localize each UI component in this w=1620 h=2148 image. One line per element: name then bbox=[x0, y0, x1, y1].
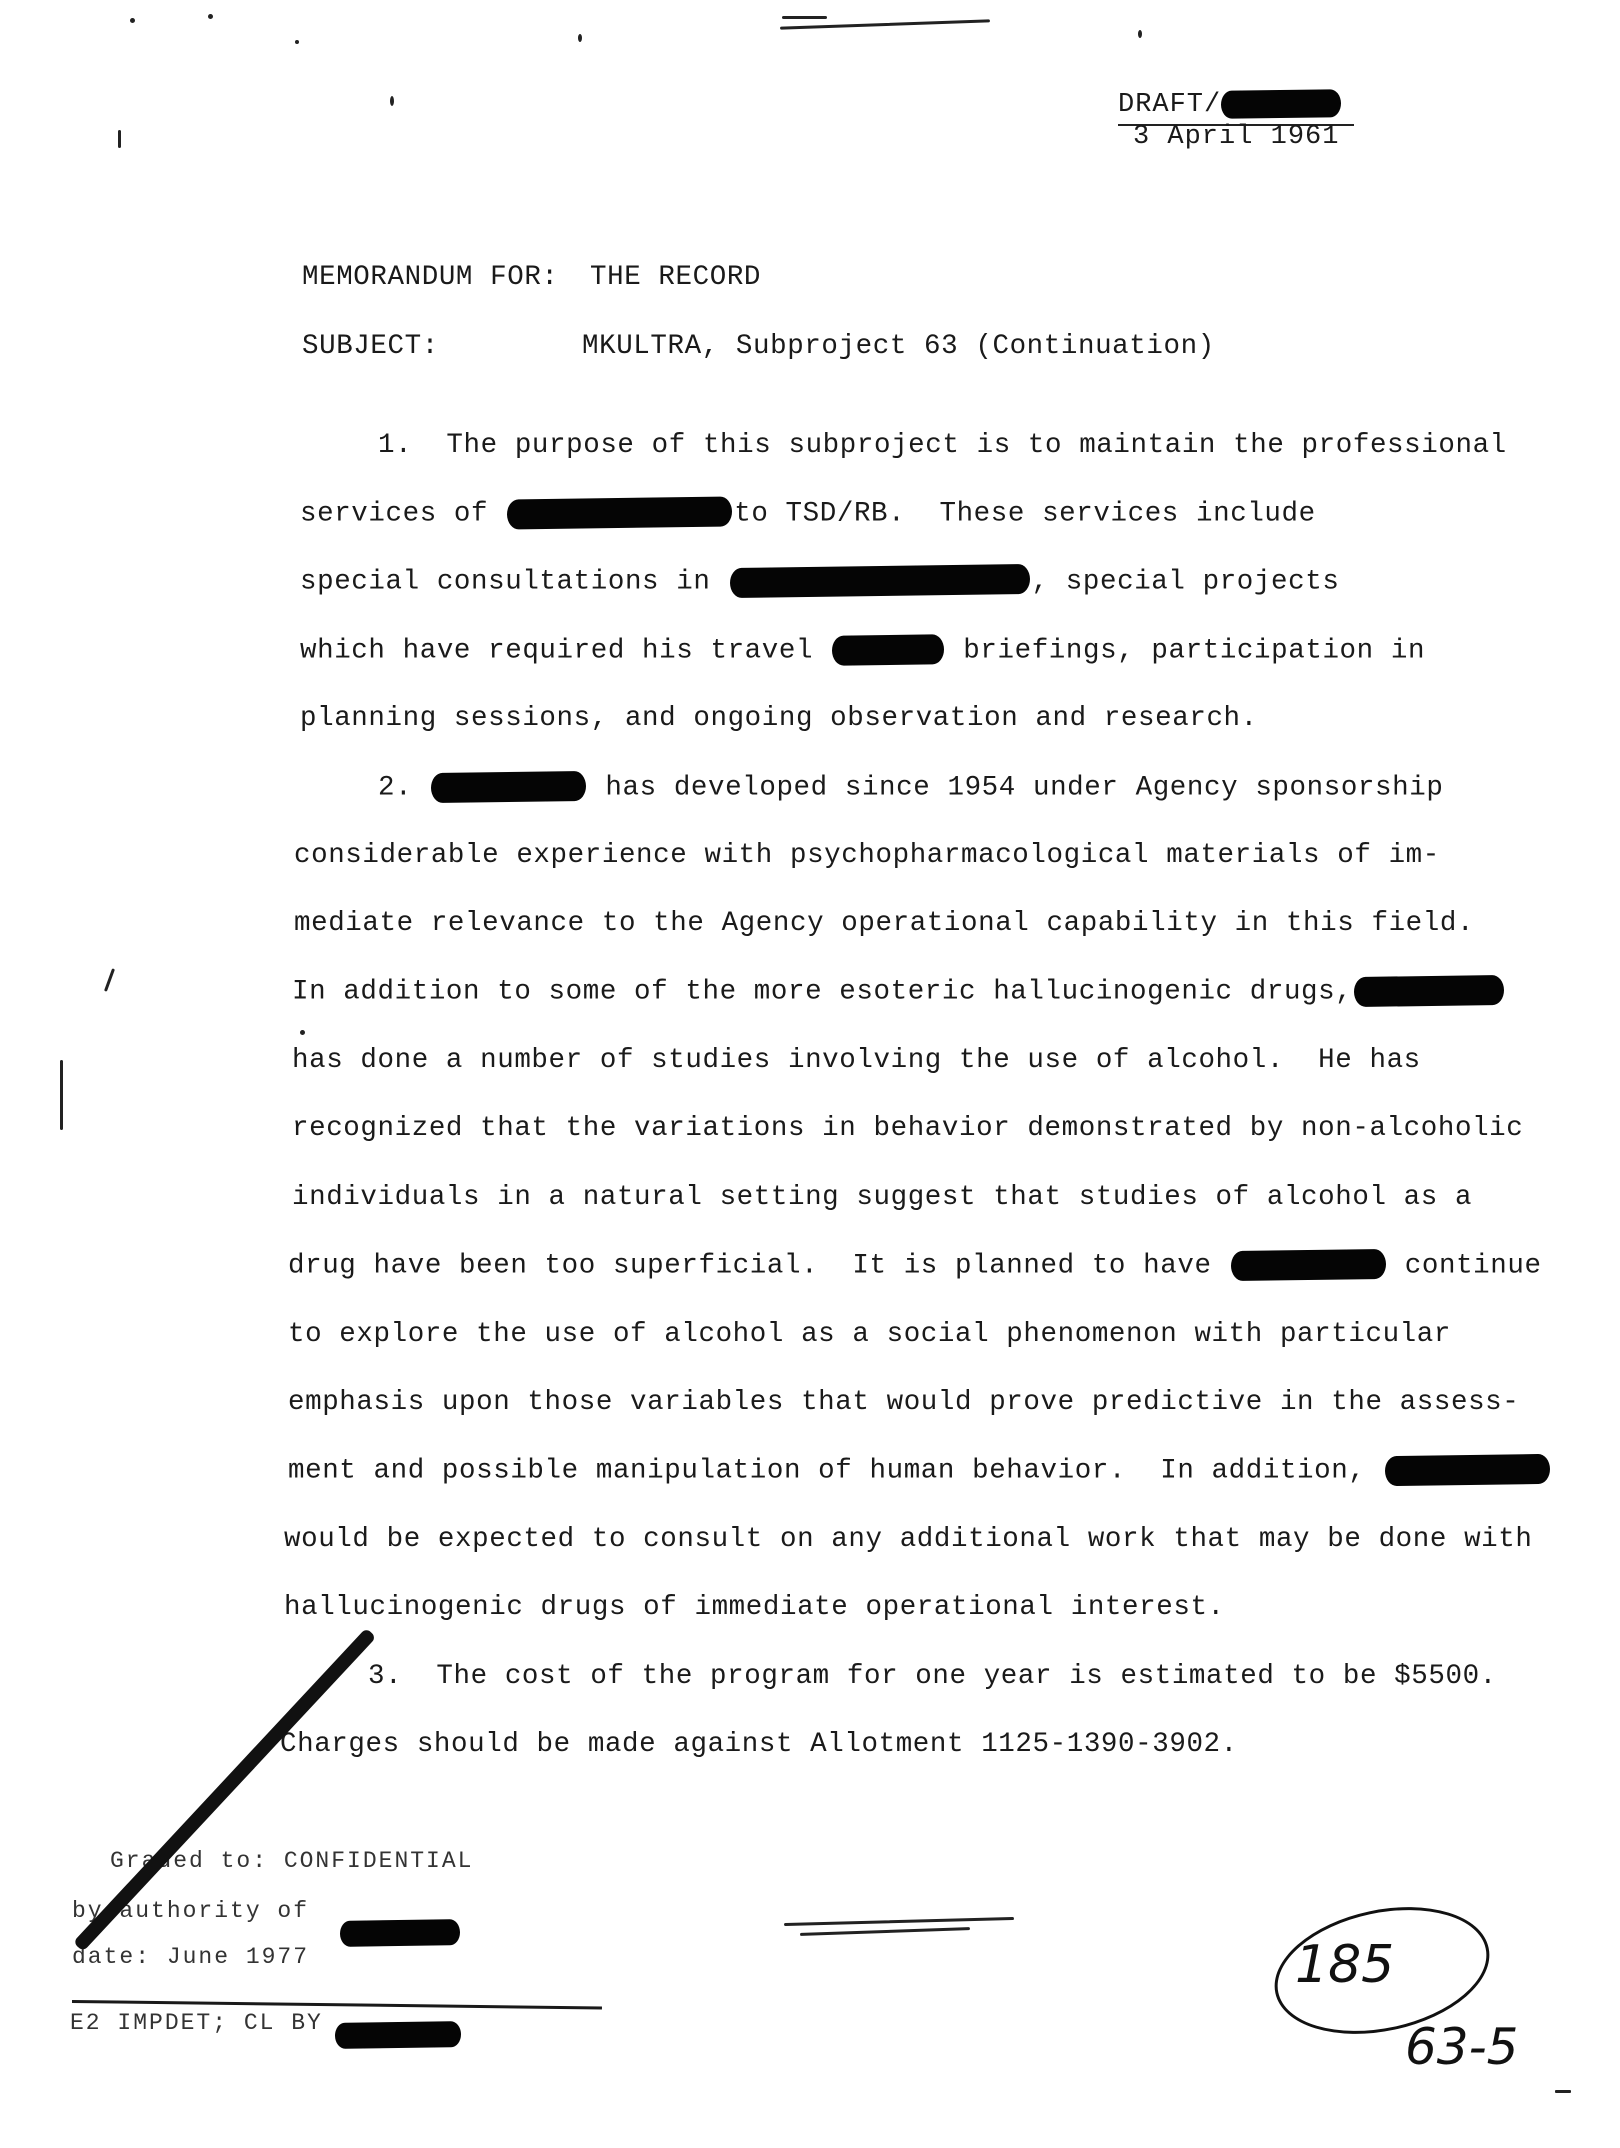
speck bbox=[1138, 30, 1142, 38]
memo-for-label: MEMORANDUM FOR: bbox=[302, 262, 559, 293]
speck bbox=[295, 40, 299, 44]
classification-strikethrough-2 bbox=[782, 16, 827, 19]
text-run: planning sessions, and ongoing observati… bbox=[300, 703, 1258, 734]
text-run: which have required his travel bbox=[300, 635, 830, 666]
speck bbox=[60, 1060, 63, 1130]
text-run: Charges should be made against Allotment… bbox=[280, 1729, 1238, 1760]
subject-value: MKULTRA, Subproject 63 (Continuation) bbox=[582, 331, 1215, 362]
text-run: hallucinogenic drugs of immediate operat… bbox=[284, 1592, 1225, 1623]
paragraph-2-line: to explore the use of alcohol as a socia… bbox=[288, 1319, 1451, 1350]
memo-page: DRAFT/ 3 April 1961 MEMORANDUM FOR: THE … bbox=[0, 0, 1620, 2148]
paragraph-2-line: individuals in a natural setting suggest… bbox=[292, 1182, 1472, 1213]
subject-label: SUBJECT: bbox=[302, 331, 439, 362]
speck bbox=[390, 96, 394, 106]
redaction-block bbox=[340, 1919, 460, 1947]
paragraph-1-line: planning sessions, and ongoing observati… bbox=[300, 703, 1258, 734]
redaction-block bbox=[1384, 1454, 1549, 1486]
text-run: ment and possible manipulation of human … bbox=[288, 1455, 1383, 1486]
redaction-block bbox=[1221, 89, 1341, 119]
text-run: 2. bbox=[378, 772, 429, 803]
text-run: , special projects bbox=[1032, 566, 1340, 597]
paragraph-2-line: would be expected to consult on any addi… bbox=[284, 1524, 1533, 1555]
speck bbox=[300, 1030, 305, 1035]
redaction-block bbox=[729, 564, 1029, 598]
paragraph-2-line: ment and possible manipulation of human … bbox=[288, 1455, 1552, 1486]
paragraph-1-line: special consultations in , special proje… bbox=[300, 566, 1339, 597]
text-run: individuals in a natural setting suggest… bbox=[292, 1182, 1472, 1213]
text-run: drug have been too superficial. It is pl… bbox=[288, 1250, 1229, 1281]
speck bbox=[118, 130, 121, 148]
paragraph-2-line: hallucinogenic drugs of immediate operat… bbox=[284, 1592, 1225, 1623]
footer-strikethrough bbox=[784, 1917, 1014, 1926]
text-run: recognized that the variations in behavi… bbox=[292, 1113, 1523, 1144]
footer-strikethrough-2 bbox=[800, 1927, 970, 1936]
paragraph-1-line: which have required his travel briefings… bbox=[300, 635, 1425, 666]
paragraph-3-line: 3. The cost of the program for one year … bbox=[368, 1661, 1497, 1692]
stamp-line-3: date: June 1977 bbox=[72, 1944, 309, 1970]
stamp-line-4: E2 IMPDET; CL BY bbox=[70, 2010, 323, 2036]
text-run: In addition to some of the more esoteric… bbox=[292, 976, 1352, 1007]
text-run: to TSD/RB. These services include bbox=[734, 498, 1316, 529]
speck bbox=[208, 14, 213, 19]
speck bbox=[104, 968, 115, 992]
paragraph-2-line: recognized that the variations in behavi… bbox=[292, 1113, 1523, 1144]
text-run: special consultations in bbox=[300, 566, 728, 597]
paragraph-1-line: services of to TSD/RB. These services in… bbox=[300, 498, 1316, 529]
memo-date: 3 April 1961 bbox=[1133, 122, 1339, 152]
classification-strikethrough bbox=[780, 19, 990, 29]
redaction-block bbox=[832, 634, 944, 666]
text-run: continue bbox=[1388, 1250, 1542, 1281]
paragraph-2-line: mediate relevance to the Agency operatio… bbox=[294, 908, 1474, 939]
handwritten-document-ref: 63-5 bbox=[1405, 2018, 1518, 2076]
speck bbox=[130, 18, 135, 23]
paragraph-2-line: In addition to some of the more esoteric… bbox=[292, 976, 1506, 1007]
stamp-divider bbox=[72, 2000, 602, 2009]
text-run: has done a number of studies involving t… bbox=[292, 1045, 1421, 1076]
speck bbox=[578, 34, 582, 42]
text-run: 3. The cost of the program for one year … bbox=[368, 1661, 1497, 1692]
paragraph-2-line: considerable experience with psychopharm… bbox=[294, 840, 1440, 871]
text-run: has developed since 1954 under Agency sp… bbox=[588, 772, 1443, 803]
paragraph-2-line: 2. has developed since 1954 under Agency… bbox=[378, 772, 1443, 803]
paragraph-2-line: has done a number of studies involving t… bbox=[292, 1045, 1421, 1076]
draft-label: DRAFT/ bbox=[1118, 90, 1343, 120]
paragraph-3-line: Charges should be made against Allotment… bbox=[280, 1729, 1238, 1760]
text-run: considerable experience with psychopharm… bbox=[294, 840, 1440, 871]
text-run: briefings, participation in bbox=[946, 635, 1425, 666]
text-run: mediate relevance to the Agency operatio… bbox=[294, 908, 1474, 939]
handwritten-page-number: 185 bbox=[1295, 1935, 1394, 1995]
memo-for-value: THE RECORD bbox=[590, 262, 761, 293]
redaction-block bbox=[1354, 975, 1504, 1007]
text-run: would be expected to consult on any addi… bbox=[284, 1524, 1533, 1555]
redaction-block bbox=[335, 2021, 461, 2049]
text-run: 1. The purpose of this subproject is to … bbox=[378, 430, 1507, 461]
paragraph-1-line: 1. The purpose of this subproject is to … bbox=[378, 430, 1507, 461]
redaction-block bbox=[1230, 1249, 1385, 1281]
redaction-block bbox=[507, 496, 732, 529]
paragraph-2-line: drug have been too superficial. It is pl… bbox=[288, 1250, 1542, 1281]
text-run: emphasis upon those variables that would… bbox=[288, 1387, 1519, 1418]
text-run: to explore the use of alcohol as a socia… bbox=[288, 1319, 1451, 1350]
text-run: services of bbox=[300, 498, 505, 529]
speck bbox=[1555, 2090, 1571, 2093]
redaction-block bbox=[431, 771, 586, 803]
paragraph-2-line: emphasis upon those variables that would… bbox=[288, 1387, 1519, 1418]
